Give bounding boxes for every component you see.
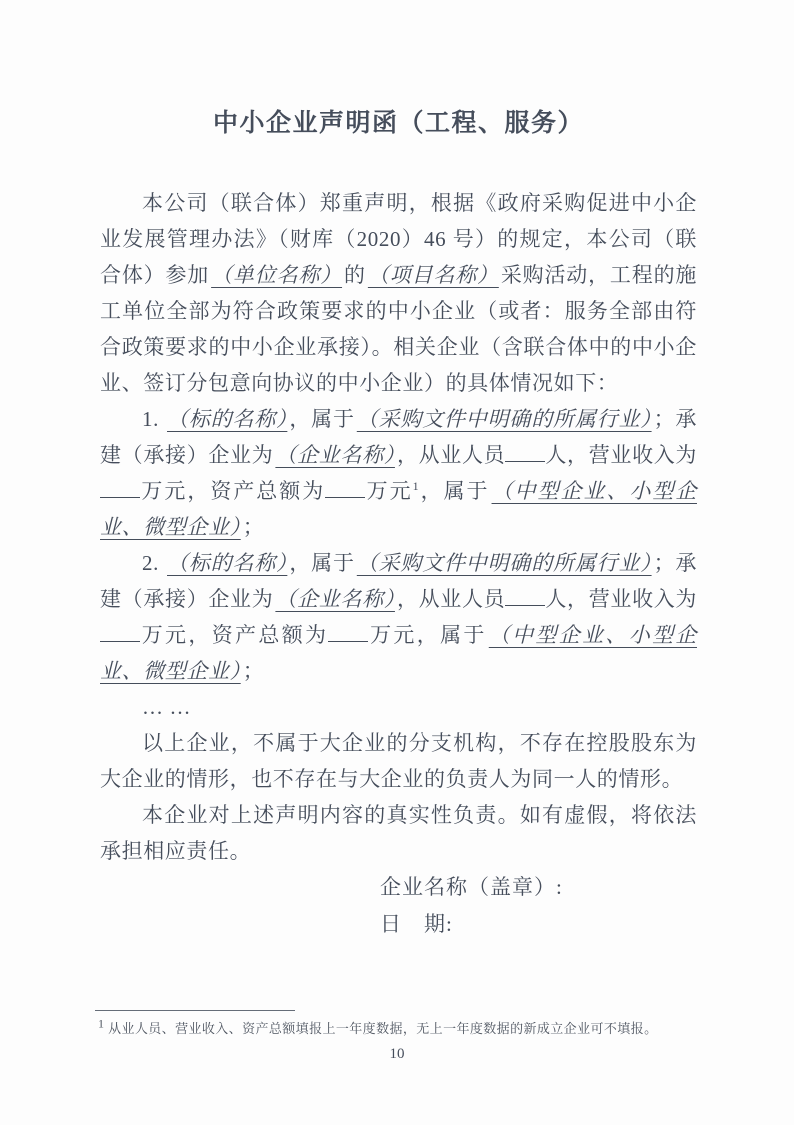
item1-text-8: ； — [243, 515, 265, 539]
item1-text-6: 万元 — [365, 479, 412, 503]
paragraph-not-branch: 以上企业，不属于大企业的分支机构，不存在控股股东为大企业的情形，也不存在与大企业… — [100, 725, 697, 797]
paragraph-item-2: 2. （标的名称），属于（采购文件中明确的所属行业）；承建（承接）企业为（企业名… — [100, 545, 697, 689]
item2-fill-subject-name: （标的名称） — [165, 551, 289, 575]
signature-block: 企业名称（盖章）: 日 期: — [380, 869, 697, 943]
item2-text-7: ，属于 — [417, 623, 487, 647]
intro-text-2: 的 — [344, 263, 366, 287]
item2-text-6: 万元 — [368, 623, 416, 647]
page-number: 10 — [0, 1046, 794, 1063]
item2-blank-assets — [328, 621, 368, 642]
paragraph-responsibility: 本企业对上述声明内容的真实性负责。如有虚假，将依法承担相应责任。 — [100, 797, 697, 869]
item1-text-5: 万元，资产总额为 — [140, 479, 325, 503]
footnote-separator — [95, 1010, 295, 1011]
fill-project-name: （项目名称） — [366, 263, 501, 287]
item1-blank-assets — [325, 477, 365, 498]
signature-date-label: 日 期: — [380, 906, 697, 943]
item2-text-5: 万元，资产总额为 — [140, 623, 328, 647]
item2-text-1: ，属于 — [289, 551, 354, 575]
item2-fill-company-name: （企业名称） — [273, 587, 397, 611]
footnote: 1 从业人员、营业收入、资产总额填报上一年度数据，无上一年度数据的新成立企业可不… — [98, 1018, 794, 1037]
item2-text-8: ； — [243, 659, 265, 683]
item1-text-7: ，属于 — [419, 479, 489, 503]
page-footer: 1 从业人员、营业收入、资产总额填报上一年度数据，无上一年度数据的新成立企业可不… — [0, 1010, 794, 1063]
item1-blank-revenue — [100, 477, 140, 498]
ellipsis-line: … … — [100, 689, 697, 725]
item2-number: 2. — [142, 551, 165, 575]
item1-fill-industry: （采购文件中明确的所属行业） — [355, 407, 654, 431]
footnote-ref-marker: 1 — [98, 1017, 104, 1031]
footnote-text: 从业人员、营业收入、资产总额填报上一年度数据，无上一年度数据的新成立企业可不填报… — [108, 1021, 657, 1036]
item1-fill-company-name: （企业名称） — [273, 443, 397, 467]
document-page: 中小企业声明函（工程、服务） 本公司（联合体）郑重声明，根据《政府采购促进中小企… — [0, 0, 794, 1125]
item2-text-3: ，从业人员 — [397, 587, 505, 611]
item2-blank-employees — [505, 585, 545, 606]
paragraph-item-1: 1. （标的名称），属于（采购文件中明确的所属行业）；承建（承接）企业为（企业名… — [100, 401, 697, 545]
item2-blank-revenue — [100, 621, 140, 642]
item1-text-3: ，从业人员 — [397, 443, 505, 467]
item2-text-4: 人，营业收入为 — [545, 587, 697, 611]
item1-text-1: ，属于 — [289, 407, 354, 431]
item1-fill-subject-name: （标的名称） — [165, 407, 289, 431]
document-title: 中小企业声明函（工程、服务） — [100, 103, 697, 139]
paragraph-intro: 本公司（联合体）郑重声明，根据《政府采购促进中小企业发展管理办法》（财库（202… — [100, 185, 697, 401]
signature-company-label: 企业名称（盖章）: — [380, 869, 697, 906]
item2-fill-industry: （采购文件中明确的所属行业） — [355, 551, 654, 575]
item1-text-4: 人，营业收入为 — [545, 443, 697, 467]
document-content: 中小企业声明函（工程、服务） 本公司（联合体）郑重声明，根据《政府采购促进中小企… — [100, 103, 697, 943]
item1-blank-employees — [505, 441, 545, 462]
fill-unit-name: （单位名称） — [209, 263, 344, 287]
item1-number: 1. — [142, 407, 165, 431]
